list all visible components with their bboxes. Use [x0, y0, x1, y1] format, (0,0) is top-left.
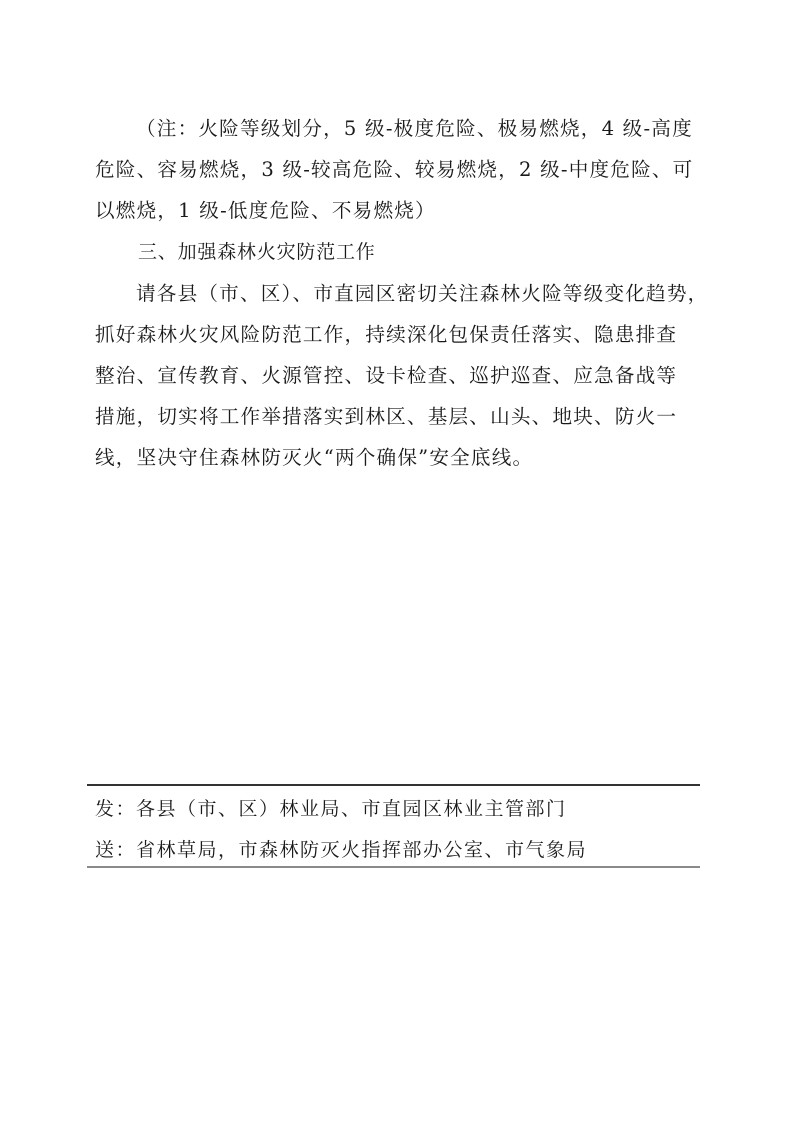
- body-line-4: 措施，切实将工作举措落实到林区、基层、山头、地块、防火一: [95, 405, 700, 429]
- body-line-3: 整治、宣传教育、火源管控、设卡检查、巡护巡查、应急备战等: [95, 364, 700, 388]
- note-line-1: （注：火险等级划分，5 级-极度危险、极易燃烧，4 级-高度: [136, 117, 741, 141]
- section-heading: 三、加强森林火灾防范工作: [138, 240, 743, 264]
- document-page: （注：火险等级划分，5 级-极度危险、极易燃烧，4 级-高度 危险、容易燃烧，3…: [0, 0, 793, 1122]
- send-to-line: 发：各县（市、区）林业局、市直园区林业主管部门: [95, 797, 567, 821]
- note-line-2: 危险、容易燃烧，3 级-较高危险、较易燃烧，2 级-中度危险、可: [95, 158, 700, 182]
- distribution-bottom-rule: [87, 866, 700, 868]
- note-line-3: 以燃烧，1 级-低度危险、不易燃烧）: [95, 199, 700, 223]
- distribution-top-rule: [87, 784, 700, 786]
- body-line-1: 请各县（市、区）、市直园区密切关注森林火险等级变化趋势，: [136, 282, 741, 306]
- body-line-5: 线，坚决守住森林防灭火“两个确保”安全底线。: [95, 446, 700, 470]
- copy-to-line: 送：省林草局，市森林防灭火指挥部办公室、市气象局: [95, 838, 587, 862]
- body-line-2: 抓好森林火灾风险防范工作，持续深化包保责任落实、隐患排查: [95, 323, 700, 347]
